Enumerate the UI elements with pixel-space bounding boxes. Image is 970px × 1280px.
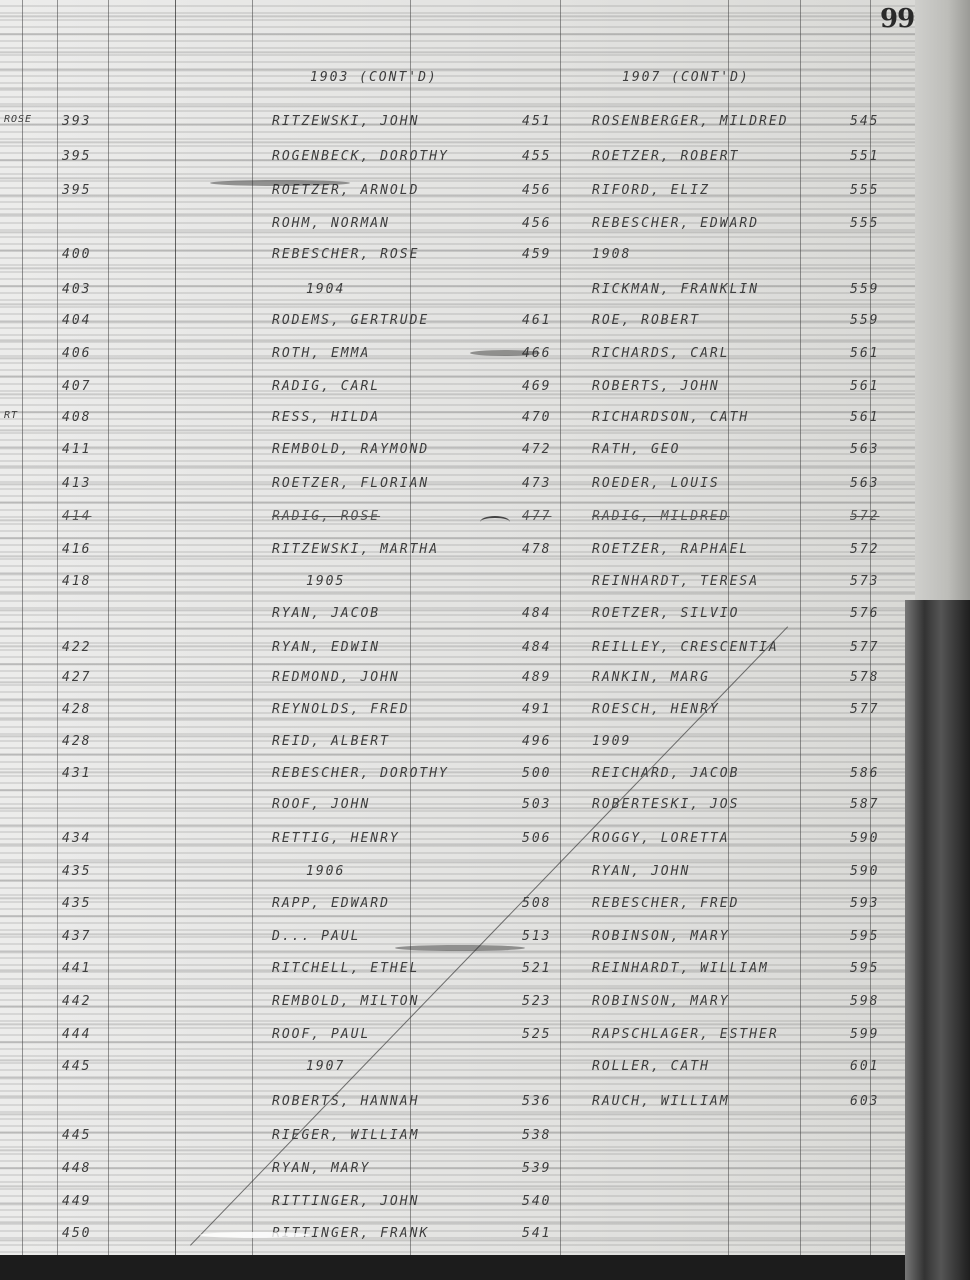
ledger-row: 450RITTINGER, FRANK541: [0, 1220, 915, 1250]
name-left: RITZEWSKI, MARTHA: [272, 542, 439, 557]
ledger-row: 442REMBOLD, MILTON523ROBINSON, MARY598: [0, 988, 915, 1018]
ledger-row: RYAN, JACOB484ROETZER, SILVIO576: [0, 600, 915, 630]
entry-number-right: 478: [522, 542, 551, 557]
ink-smudge: [395, 945, 525, 951]
margin-note: RT: [4, 410, 18, 421]
page-reference: 603: [850, 1094, 879, 1109]
page-reference: 573: [850, 574, 879, 589]
name-left: RYAN, MARY: [272, 1161, 370, 1176]
page-reference: 559: [850, 313, 879, 328]
page-reference: 599: [850, 1027, 879, 1042]
page-reference: 577: [850, 640, 879, 655]
page-reference: 572: [850, 509, 879, 524]
name-left: RYAN, EDWIN: [272, 640, 380, 655]
page-reference: 595: [850, 961, 879, 976]
entry-number-right: 451: [522, 114, 551, 129]
entry-number-left: 428: [62, 734, 91, 749]
ledger-row: 414RADIG, ROSE477RADIG, MILDRED572: [0, 503, 915, 533]
name-left: ROBERTS, HANNAH: [272, 1094, 419, 1109]
name-left: RODEMS, GERTRUDE: [272, 313, 429, 328]
right-column-heading: 1907 (CONT'D): [622, 70, 750, 85]
name-right: ROGGY, LORETTA: [592, 831, 730, 846]
ledger-row: 4351906RYAN, JOHN590: [0, 858, 915, 888]
name-right: RAUCH, WILLIAM: [592, 1094, 730, 1109]
name-right: REINHARDT, WILLIAM: [592, 961, 769, 976]
page-reference: 595: [850, 929, 879, 944]
entry-number-left: 427: [62, 670, 91, 685]
page-reference: 555: [850, 216, 879, 231]
ledger-row: 435RAPP, EDWARD508REBESCHER, FRED593: [0, 890, 915, 920]
year-heading: 1906: [306, 864, 345, 879]
page-reference: 561: [850, 346, 879, 361]
ledger-row: 404RODEMS, GERTRUDE461ROE, ROBERT559: [0, 307, 915, 337]
entry-number-right: 500: [522, 766, 551, 781]
entry-number-left: 442: [62, 994, 91, 1009]
name-right: ROSENBERGER, MILDRED: [592, 114, 789, 129]
ledger-row: ROSE393RITZEWSKI, JOHN451ROSENBERGER, MI…: [0, 108, 915, 138]
name-left: ROOF, JOHN: [272, 797, 370, 812]
ledger-row: 407RADIG, CARL469ROBERTS, JOHN561: [0, 373, 915, 403]
page-reference: 586: [850, 766, 879, 781]
entry-number-right: 491: [522, 702, 551, 717]
page-reference: 576: [850, 606, 879, 621]
entry-number-right: 477: [522, 509, 551, 524]
ledger-row: ROBERTS, HANNAH536RAUCH, WILLIAM603: [0, 1088, 915, 1118]
page-reference: 555: [850, 183, 879, 198]
name-left: ROTH, EMMA: [272, 346, 370, 361]
entry-number-right: 489: [522, 670, 551, 685]
name-right: RANKIN, MARG: [592, 670, 710, 685]
name-left: REMBOLD, RAYMOND: [272, 442, 429, 457]
ledger-row: 449RITTINGER, JOHN540: [0, 1188, 915, 1218]
entry-number-left: 448: [62, 1161, 91, 1176]
ledger-row: 445RIEGER, WILLIAM538: [0, 1122, 915, 1152]
entry-number-left: 413: [62, 476, 91, 491]
page-reference: 587: [850, 797, 879, 812]
page-reference: 593: [850, 896, 879, 911]
name-left: REID, ALBERT: [272, 734, 390, 749]
page-reference: 561: [850, 379, 879, 394]
entry-number-right: 472: [522, 442, 551, 457]
ink-smudge: [210, 180, 350, 186]
entry-number-right: 506: [522, 831, 551, 846]
page-reference: 563: [850, 442, 879, 457]
entry-number-left: 408: [62, 410, 91, 425]
entry-number-right: 459: [522, 247, 551, 262]
ledger-row: ROHM, NORMAN456REBESCHER, EDWARD555: [0, 210, 915, 240]
entry-number-right: 541: [522, 1226, 551, 1241]
ledger-row: 431REBESCHER, DOROTHY500REICHARD, JACOB5…: [0, 760, 915, 790]
name-right: REILLEY, CRESCENTIA: [592, 640, 779, 655]
name-left: RAPP, EDWARD: [272, 896, 390, 911]
ledger-row: 428REID, ALBERT4961909: [0, 728, 915, 758]
ledger-row: 4181905REINHARDT, TERESA573: [0, 568, 915, 598]
page-reference: 590: [850, 831, 879, 846]
name-right: RICHARDS, CARL: [592, 346, 730, 361]
entry-number-left: 400: [62, 247, 91, 262]
entry-number-left: 414: [62, 509, 91, 524]
entry-number-right: 503: [522, 797, 551, 812]
entry-number-left: 406: [62, 346, 91, 361]
year-heading: 1904: [306, 282, 345, 297]
entry-number-left: 393: [62, 114, 91, 129]
entry-number-left: 395: [62, 183, 91, 198]
margin-note: ROSE: [4, 114, 32, 125]
entry-number-left: 404: [62, 313, 91, 328]
ledger-row: RT408RESS, HILDA470RICHARDSON, CATH561: [0, 404, 915, 434]
left-column-heading: 1903 (CONT'D): [310, 70, 438, 85]
name-left: RYAN, JACOB: [272, 606, 380, 621]
binding-shadow: [905, 600, 970, 1280]
entry-number-right: 540: [522, 1194, 551, 1209]
name-left: RADIG, ROSE: [272, 509, 380, 524]
name-right: ROESCH, HENRY: [592, 702, 720, 717]
entry-number-left: 428: [62, 702, 91, 717]
entry-number-left: 444: [62, 1027, 91, 1042]
entry-number-left: 395: [62, 149, 91, 164]
name-left: REDMOND, JOHN: [272, 670, 400, 685]
page-reference: 559: [850, 282, 879, 297]
entry-number-right: 456: [522, 183, 551, 198]
entry-number-right: 484: [522, 640, 551, 655]
name-right: RATH, GEO: [592, 442, 680, 457]
name-right: ROBINSON, MARY: [592, 994, 730, 1009]
ledger-row: 4031904RICKMAN, FRANKLIN559: [0, 276, 915, 306]
year-heading: 1905: [306, 574, 345, 589]
entry-number-left: 431: [62, 766, 91, 781]
page-reference: 601: [850, 1059, 879, 1074]
name-left: RITZEWSKI, JOHN: [272, 114, 419, 129]
name-left: REYNOLDS, FRED: [272, 702, 410, 717]
name-right: RADIG, MILDRED: [592, 509, 730, 524]
ink-smudge: [470, 350, 540, 356]
ledger-row: 422RYAN, EDWIN484REILLEY, CRESCENTIA577: [0, 634, 915, 664]
name-left: RITCHELL, ETHEL: [272, 961, 419, 976]
entry-number-left: 449: [62, 1194, 91, 1209]
name-left: RITTINGER, JOHN: [272, 1194, 419, 1209]
name-left: REBESCHER, ROSE: [272, 247, 419, 262]
page-reference: 561: [850, 410, 879, 425]
entry-number-left: 450: [62, 1226, 91, 1241]
entry-number-right: 521: [522, 961, 551, 976]
page-reference: 572: [850, 542, 879, 557]
entry-number-right: 470: [522, 410, 551, 425]
entry-number-right: 469: [522, 379, 551, 394]
name-right: ROBINSON, MARY: [592, 929, 730, 944]
entry-number-left: 441: [62, 961, 91, 976]
ledger-row: 395ROGENBECK, DOROTHY455ROETZER, ROBERT5…: [0, 143, 915, 173]
page-reference: 563: [850, 476, 879, 491]
name-left: RIEGER, WILLIAM: [272, 1128, 419, 1143]
name-right: REBESCHER, EDWARD: [592, 216, 759, 231]
ledger-row: ROOF, JOHN503ROBERTESKI, JOS587: [0, 791, 915, 821]
name-right: ROLLER, CATH: [592, 1059, 710, 1074]
entry-number-right: 455: [522, 149, 551, 164]
ledger-row: 428REYNOLDS, FRED491ROESCH, HENRY577: [0, 696, 915, 726]
name-right: ROBERTS, JOHN: [592, 379, 720, 394]
name-right: ROETZER, SILVIO: [592, 606, 739, 621]
name-left: REMBOLD, MILTON: [272, 994, 419, 1009]
name-left: ROHM, NORMAN: [272, 216, 390, 231]
name-right: ROBERTESKI, JOS: [592, 797, 739, 812]
entry-number-right: 539: [522, 1161, 551, 1176]
ledger-row: 441RITCHELL, ETHEL521REINHARDT, WILLIAM5…: [0, 955, 915, 985]
ledger-row: 427REDMOND, JOHN489RANKIN, MARG578: [0, 664, 915, 694]
page-reference: 551: [850, 149, 879, 164]
entry-number-right: 513: [522, 929, 551, 944]
entry-number-right: 473: [522, 476, 551, 491]
ledger-row: 411REMBOLD, RAYMOND472RATH, GEO563: [0, 436, 915, 466]
page-reference: 578: [850, 670, 879, 685]
page-reference: 590: [850, 864, 879, 879]
ledger-row: 400REBESCHER, ROSE4591908: [0, 241, 915, 271]
name-right: REICHARD, JACOB: [592, 766, 739, 781]
entry-number-right: 536: [522, 1094, 551, 1109]
entry-number-left: 435: [62, 864, 91, 879]
name-right: ROETZER, RAPHAEL: [592, 542, 749, 557]
name-right: ROEDER, LOUIS: [592, 476, 720, 491]
entry-number-right: 484: [522, 606, 551, 621]
entry-number-left: 435: [62, 896, 91, 911]
entry-number-left: 437: [62, 929, 91, 944]
entry-number-left: 403: [62, 282, 91, 297]
name-right: RICHARDSON, CATH: [592, 410, 749, 425]
paper-tear: [200, 1232, 310, 1238]
name-left: D... PAUL: [272, 929, 360, 944]
page-reference: 598: [850, 994, 879, 1009]
name-right: 1908: [592, 247, 631, 262]
entry-number-left: 411: [62, 442, 91, 457]
page-reference: 577: [850, 702, 879, 717]
entry-number-right: 461: [522, 313, 551, 328]
entry-number-left: 445: [62, 1059, 91, 1074]
name-right: ROE, ROBERT: [592, 313, 700, 328]
entry-number-left: 422: [62, 640, 91, 655]
entry-number-right: 525: [522, 1027, 551, 1042]
name-right: REINHARDT, TERESA: [592, 574, 759, 589]
ledger-page: 99 1903 (CONT'D) 1907 (CONT'D) ROSE393RI…: [0, 0, 915, 1255]
entry-number-right: 508: [522, 896, 551, 911]
name-right: RYAN, JOHN: [592, 864, 690, 879]
name-left: RESS, HILDA: [272, 410, 380, 425]
name-right: RICKMAN, FRANKLIN: [592, 282, 759, 297]
page-reference: 545: [850, 114, 879, 129]
entry-number-left: 407: [62, 379, 91, 394]
ledger-row: 448RYAN, MARY539: [0, 1155, 915, 1185]
name-left: ROETZER, FLORIAN: [272, 476, 429, 491]
name-right: RIFORD, ELIZ: [592, 183, 710, 198]
ledger-row: 444ROOF, PAUL525RAPSCHLAGER, ESTHER599: [0, 1021, 915, 1051]
name-right: REBESCHER, FRED: [592, 896, 739, 911]
page-edge: [915, 0, 970, 600]
ledger-row: 4451907ROLLER, CATH601: [0, 1053, 915, 1083]
name-right: ROETZER, ROBERT: [592, 149, 739, 164]
ledger-row: 413ROETZER, FLORIAN473ROEDER, LOUIS563: [0, 470, 915, 500]
entry-number-right: 496: [522, 734, 551, 749]
entry-number-left: 418: [62, 574, 91, 589]
entry-number-left: 416: [62, 542, 91, 557]
year-heading: 1907: [306, 1059, 345, 1074]
ledger-row: 406ROTH, EMMA466RICHARDS, CARL561: [0, 340, 915, 370]
pencil-mark: [480, 516, 510, 528]
entry-number-left: 445: [62, 1128, 91, 1143]
name-right: 1909: [592, 734, 631, 749]
name-left: ROGENBECK, DOROTHY: [272, 149, 449, 164]
entry-number-right: 523: [522, 994, 551, 1009]
ledger-row: 395ROETZER, ARNOLD456RIFORD, ELIZ555: [0, 177, 915, 207]
name-left: RETTIG, HENRY: [272, 831, 400, 846]
entry-number-right: 456: [522, 216, 551, 231]
entry-number-right: 538: [522, 1128, 551, 1143]
name-left: ROOF, PAUL: [272, 1027, 370, 1042]
name-left: REBESCHER, DOROTHY: [272, 766, 449, 781]
page-number: 99: [880, 4, 914, 34]
ledger-row: 416RITZEWSKI, MARTHA478ROETZER, RAPHAEL5…: [0, 536, 915, 566]
ledger-row: 434RETTIG, HENRY506ROGGY, LORETTA590: [0, 825, 915, 855]
name-right: RAPSCHLAGER, ESTHER: [592, 1027, 779, 1042]
entry-number-left: 434: [62, 831, 91, 846]
name-left: RADIG, CARL: [272, 379, 380, 394]
